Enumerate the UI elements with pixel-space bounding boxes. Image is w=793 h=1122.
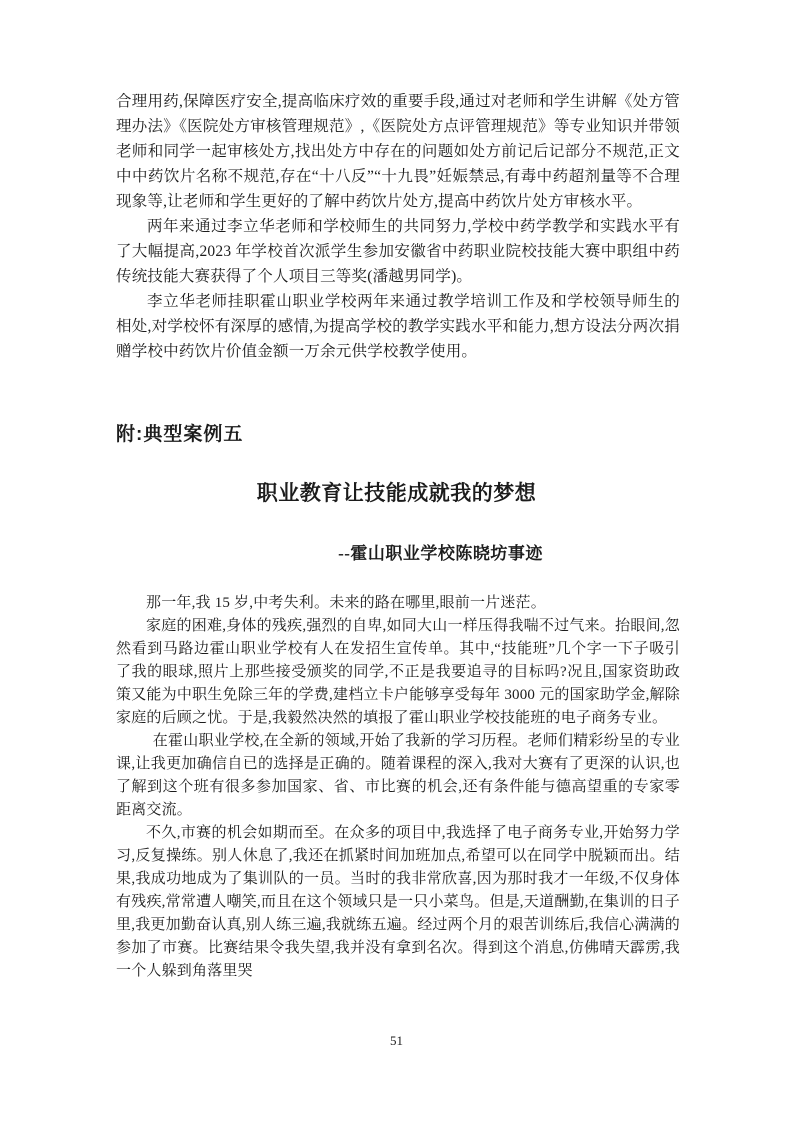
page-number: 51 xyxy=(0,1033,793,1049)
document-page: 合理用药,保障医疗安全,提高临床疗效的重要手段,通过对老师和学生讲解《处方管理办… xyxy=(0,0,793,1122)
intro-paragraph-2: 两年来通过李立华老师和学校师生的共同努力,学校中药学教学和实践水平有了大幅提高,… xyxy=(116,214,680,289)
intro-paragraph-1: 合理用药,保障医疗安全,提高临床疗效的重要手段,通过对老师和学生讲解《处方管理办… xyxy=(116,89,680,214)
story-section: 那一年,我 15 岁,中考失利。未来的路在哪里,眼前一片迷茫。 家庭的困难,身体… xyxy=(116,592,680,983)
article-subtitle: --霍山职业学校陈晓坊事迹 xyxy=(44,539,793,564)
story-paragraph-2: 家庭的困难,身体的残疾,强烈的自卑,如同大山一样压得我喘不过气来。抬眼间,忽然看… xyxy=(116,615,680,730)
intro-paragraph-3: 李立华老师挂职霍山职业学校两年来通过教学培训工作及和学校领导师生的相处,对学校怀… xyxy=(116,289,680,364)
article-title: 职业教育让技能成就我的梦想 xyxy=(0,477,793,507)
intro-section: 合理用药,保障医疗安全,提高临床疗效的重要手段,通过对老师和学生讲解《处方管理办… xyxy=(116,89,680,364)
story-paragraph-4: 不久,市赛的机会如期而至。在众多的项目中,我选择了电子商务专业,开始努力学习,反… xyxy=(116,822,680,983)
story-paragraph-3: 在霍山职业学校,在全新的领域,开始了我新的学习历程。老师们精彩纷呈的专业课,让我… xyxy=(116,730,680,822)
story-paragraph-1: 那一年,我 15 岁,中考失利。未来的路在哪里,眼前一片迷茫。 xyxy=(116,592,680,615)
attachment-heading: 附:典型案例五 xyxy=(116,419,243,446)
